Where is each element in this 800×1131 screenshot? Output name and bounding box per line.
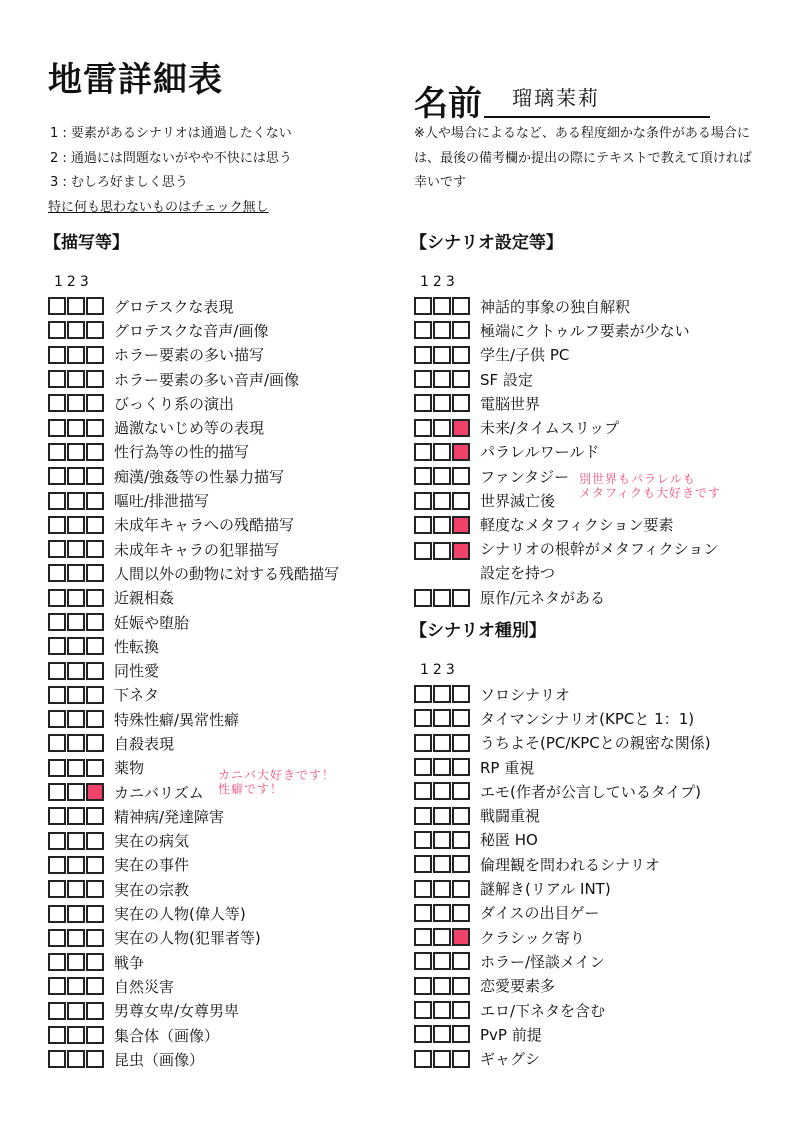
checkbox-level-3[interactable] [452, 928, 470, 946]
checklist-row: 軽度なメタフィクション要素 [414, 513, 764, 537]
checklist-row: 未成年キャラの犯罪描写 [48, 537, 388, 561]
checklist-row: 秘匿 HO [414, 828, 764, 852]
item-label: パラレルワールド [480, 441, 599, 462]
item-label: 痴漢/強姦等の性暴力描写 [114, 466, 284, 487]
checkbox-level-1[interactable] [48, 832, 66, 850]
checkbox-level-3[interactable] [452, 904, 470, 922]
checkbox-level-2[interactable] [67, 419, 85, 437]
checkbox-level-3[interactable] [86, 662, 104, 680]
checkbox-level-3[interactable] [86, 929, 104, 947]
checkbox-level-1[interactable] [414, 542, 432, 560]
checkbox-level-1[interactable] [414, 709, 432, 727]
checkbox-level-3[interactable] [452, 346, 470, 364]
checklist-row: 痴漢/強姦等の性暴力描写 [48, 464, 388, 488]
checkbox-group [414, 880, 480, 898]
checkbox-level-1[interactable] [414, 516, 432, 534]
checklist-row: グロテスクな音声/画像 [48, 318, 388, 342]
checkbox-level-2[interactable] [433, 542, 451, 560]
checkbox-level-1[interactable] [48, 419, 66, 437]
checkbox-level-2[interactable] [433, 516, 451, 534]
checklist-row: 実在の人物(犯罪者等) [48, 926, 388, 950]
checkbox-group [48, 419, 114, 437]
checkbox-level-2[interactable] [67, 734, 85, 752]
checklist-row: 集合体（画像） [48, 1023, 388, 1047]
checkbox-level-1[interactable] [48, 297, 66, 315]
checkbox-level-1[interactable] [414, 589, 432, 607]
checklist-row: 電脳世界 [414, 391, 764, 415]
checkbox-group [414, 321, 480, 339]
checkbox-level-3[interactable] [86, 540, 104, 558]
checkbox-level-3[interactable] [86, 419, 104, 437]
checkbox-level-2[interactable] [67, 1050, 85, 1068]
checkbox-level-3[interactable] [86, 467, 104, 485]
section-title: 【シナリオ設定等】 [410, 228, 764, 258]
checkbox-group [48, 492, 114, 510]
checkbox-level-2[interactable] [433, 467, 451, 485]
item-label: 未来/タイムスリップ [480, 417, 619, 438]
checklist-row: PvP 前提 [414, 1022, 764, 1046]
checkbox-level-3[interactable] [86, 297, 104, 315]
checkbox-level-1[interactable] [48, 540, 66, 558]
item-label: 戦闘重視 [480, 805, 540, 826]
item-label: クラシック寄り [480, 927, 585, 948]
checkbox-level-2[interactable] [433, 370, 451, 388]
checkbox-level-3[interactable] [452, 321, 470, 339]
checkbox-level-1[interactable] [48, 977, 66, 995]
checkbox-level-3[interactable] [86, 321, 104, 339]
checklist-row: 性転換 [48, 634, 388, 658]
checkbox-level-2[interactable] [67, 905, 85, 923]
checkbox-level-1[interactable] [414, 394, 432, 412]
item-label: 薬物 [114, 757, 144, 778]
checkbox-level-2[interactable] [67, 443, 85, 461]
checkbox-level-3[interactable] [452, 855, 470, 873]
checkbox-group [414, 952, 480, 970]
checkbox-level-2[interactable] [433, 880, 451, 898]
checkbox-level-3[interactable] [86, 613, 104, 631]
item-label: 同性愛 [114, 660, 159, 681]
checkbox-level-3[interactable] [86, 686, 104, 704]
checklist-row: エロ/下ネタを含む [414, 998, 764, 1022]
checkbox-level-2[interactable] [433, 419, 451, 437]
checkbox-level-3[interactable] [86, 589, 104, 607]
checkbox-level-2[interactable] [433, 782, 451, 800]
checkbox-level-3[interactable] [86, 953, 104, 971]
item-label: 謎解き(リアル INT) [480, 878, 611, 899]
item-label: 男尊女卑/女尊男卑 [114, 1000, 239, 1021]
checkbox-group [48, 589, 114, 607]
item-label: 電脳世界 [480, 393, 540, 414]
checkbox-level-3[interactable] [452, 370, 470, 388]
checkbox-level-1[interactable] [414, 419, 432, 437]
name-underline [484, 116, 710, 118]
checklist-row: びっくり系の演出 [48, 391, 388, 415]
checkbox-level-3[interactable] [452, 807, 470, 825]
checkbox-level-3[interactable] [86, 564, 104, 582]
checkbox-level-1[interactable] [48, 807, 66, 825]
checkbox-level-3[interactable] [452, 880, 470, 898]
checkbox-group [414, 419, 480, 437]
item-label: ファンタジー [480, 466, 569, 487]
checkbox-level-1[interactable] [414, 734, 432, 752]
checkbox-level-1[interactable] [48, 564, 66, 582]
name-label: 名前 [414, 76, 482, 125]
checkbox-group [48, 759, 114, 777]
checkbox-level-2[interactable] [67, 929, 85, 947]
checkbox-level-2[interactable] [433, 297, 451, 315]
checkbox-level-2[interactable] [433, 904, 451, 922]
checklist-row: 実在の人物(偉人等) [48, 901, 388, 925]
item-label: 特殊性癖/異常性癖 [114, 709, 239, 730]
checklist-row: 昆虫（画像） [48, 1047, 388, 1071]
checkbox-level-1[interactable] [414, 492, 432, 510]
checkbox-level-3[interactable] [452, 977, 470, 995]
checkbox-level-2[interactable] [67, 807, 85, 825]
item-list: グロテスクな表現グロテスクな音声/画像ホラー要素の多い描写ホラー要素の多い音声/… [48, 294, 388, 1072]
checklist-row: 性行為等の性的描写 [48, 440, 388, 464]
checkbox-level-2[interactable] [433, 855, 451, 873]
item-label: 実在の事件 [114, 854, 189, 875]
checkbox-level-1[interactable] [48, 346, 66, 364]
checkbox-level-1[interactable] [414, 758, 432, 776]
checkbox-level-3[interactable] [452, 709, 470, 727]
checkbox-level-3[interactable] [86, 783, 104, 801]
checkbox-level-3[interactable] [452, 1001, 470, 1019]
column-header: 123 [414, 658, 764, 682]
checkbox-level-3[interactable] [86, 832, 104, 850]
checkbox-level-1[interactable] [414, 904, 432, 922]
checkbox-level-1[interactable] [48, 370, 66, 388]
checkbox-level-1[interactable] [48, 953, 66, 971]
checkbox-level-3[interactable] [86, 492, 104, 510]
checkbox-level-3[interactable] [452, 782, 470, 800]
checklist-row: 自殺表現 [48, 731, 388, 755]
checkbox-level-2[interactable] [433, 709, 451, 727]
checkbox-level-3[interactable] [452, 1025, 470, 1043]
checkbox-level-2[interactable] [433, 443, 451, 461]
item-label: カニバリズム [114, 782, 204, 803]
checkbox-level-3[interactable] [86, 734, 104, 752]
checkbox-group [48, 564, 114, 582]
checkbox-level-3[interactable] [86, 977, 104, 995]
checkbox-level-1[interactable] [48, 710, 66, 728]
legend-line-3: 3 : むしろ好ましく思う [48, 171, 292, 196]
item-label: 精神病/発達障害 [114, 806, 224, 827]
checkbox-group [48, 370, 114, 388]
checkbox-level-3[interactable] [86, 807, 104, 825]
checkbox-level-1[interactable] [414, 880, 432, 898]
checklist-row: 未来/タイムスリップ [414, 415, 764, 439]
checkbox-level-1[interactable] [48, 686, 66, 704]
checkbox-group [414, 758, 480, 776]
checkbox-level-1[interactable] [414, 467, 432, 485]
checkbox-level-2[interactable] [67, 662, 85, 680]
checkbox-level-3[interactable] [452, 831, 470, 849]
checkbox-level-1[interactable] [48, 321, 66, 339]
checkbox-level-2[interactable] [433, 977, 451, 995]
checkbox-level-2[interactable] [67, 370, 85, 388]
checkbox-level-2[interactable] [67, 467, 85, 485]
checkbox-group [48, 321, 114, 339]
checkbox-level-1[interactable] [414, 443, 432, 461]
checkbox-level-1[interactable] [48, 492, 66, 510]
checkbox-group [48, 929, 114, 947]
checkbox-level-3[interactable] [86, 346, 104, 364]
checkbox-level-2[interactable] [433, 589, 451, 607]
item-label: 世界滅亡後 [480, 490, 555, 511]
checklist-row: 実在の事件 [48, 853, 388, 877]
checkbox-level-2[interactable] [433, 807, 451, 825]
checkbox-level-1[interactable] [414, 1001, 432, 1019]
checkbox-level-2[interactable] [433, 1050, 451, 1068]
item-label: ギャグシ [480, 1048, 540, 1069]
item-list: 神話的事象の独自解釈極端にクトゥルフ要素が少ない学生/子供 PCSF 設定電脳世… [414, 294, 764, 610]
checkbox-level-3[interactable] [86, 1002, 104, 1020]
annotation-cannibalism: カニバ大好きです！ 性癖です！ [218, 768, 335, 796]
checkbox-level-1[interactable] [48, 1050, 66, 1068]
checkbox-level-1[interactable] [48, 589, 66, 607]
item-label: 戦争 [114, 952, 144, 973]
checkbox-level-2[interactable] [67, 953, 85, 971]
checklist-row: 実在の宗教 [48, 877, 388, 901]
checkbox-level-2[interactable] [433, 394, 451, 412]
item-label: 原作/元ネタがある [480, 587, 605, 608]
checkbox-level-3[interactable] [452, 734, 470, 752]
checkbox-level-2[interactable] [433, 346, 451, 364]
checkbox-level-1[interactable] [414, 321, 432, 339]
checkbox-group [414, 589, 480, 607]
item-label: 恋愛要素多 [480, 975, 555, 996]
checklist-row: ギャグシ [414, 1046, 764, 1070]
item-label: 倫理観を問われるシナリオ [480, 854, 660, 875]
checkbox-level-2[interactable] [433, 831, 451, 849]
checkbox-level-1[interactable] [414, 297, 432, 315]
checkbox-level-1[interactable] [48, 613, 66, 631]
checkbox-level-2[interactable] [433, 734, 451, 752]
checklist-row: 近親相姦 [48, 586, 388, 610]
checkbox-level-1[interactable] [48, 1002, 66, 1020]
checkbox-group [48, 856, 114, 874]
checkbox-level-1[interactable] [48, 637, 66, 655]
checkbox-level-3[interactable] [86, 905, 104, 923]
checkbox-level-1[interactable] [48, 759, 66, 777]
checkbox-level-2[interactable] [67, 1002, 85, 1020]
checkbox-level-2[interactable] [67, 613, 85, 631]
checkbox-level-1[interactable] [48, 467, 66, 485]
item-label: 性転換 [114, 636, 159, 657]
checkbox-group [48, 880, 114, 898]
checkbox-level-2[interactable] [67, 589, 85, 607]
checkbox-level-3[interactable] [452, 443, 470, 461]
checkbox-level-2[interactable] [433, 1025, 451, 1043]
checkbox-level-1[interactable] [48, 394, 66, 412]
checkbox-level-3[interactable] [86, 637, 104, 655]
checkbox-level-2[interactable] [67, 540, 85, 558]
checkbox-level-2[interactable] [433, 685, 451, 703]
checkbox-level-2[interactable] [67, 321, 85, 339]
checkbox-level-3[interactable] [452, 516, 470, 534]
checkbox-level-1[interactable] [48, 905, 66, 923]
checkbox-level-3[interactable] [452, 467, 470, 485]
name-field: 名前 瑠璃茉莉 [414, 72, 714, 122]
checkbox-level-1[interactable] [414, 1025, 432, 1043]
checkbox-level-1[interactable] [414, 370, 432, 388]
checkbox-level-1[interactable] [48, 929, 66, 947]
checkbox-group [48, 540, 114, 558]
checkbox-group [48, 807, 114, 825]
checkbox-level-2[interactable] [67, 759, 85, 777]
checkbox-group [414, 542, 480, 560]
checkbox-group [414, 516, 480, 534]
checkbox-level-3[interactable] [86, 443, 104, 461]
checkbox-level-2[interactable] [67, 977, 85, 995]
checkbox-group [414, 928, 480, 946]
checklist-row: 極端にクトゥルフ要素が少ない [414, 318, 764, 342]
checkbox-level-2[interactable] [67, 832, 85, 850]
checkbox-level-3[interactable] [86, 516, 104, 534]
checkbox-level-2[interactable] [67, 1026, 85, 1044]
section-depiction: 【描写等】 123 グロテスクな表現グロテスクな音声/画像ホラー要素の多い描写ホ… [48, 228, 388, 1072]
checkbox-level-1[interactable] [414, 346, 432, 364]
checkbox-group [414, 297, 480, 315]
checkbox-level-3[interactable] [86, 759, 104, 777]
item-label: 極端にクトゥルフ要素が少ない [480, 320, 690, 341]
checkbox-level-1[interactable] [414, 928, 432, 946]
annotation-line: カニバ大好きです！ [218, 768, 335, 782]
checklist-row: ダイスの出目ゲー [414, 901, 764, 925]
checkbox-level-2[interactable] [67, 564, 85, 582]
checkbox-level-3[interactable] [86, 880, 104, 898]
item-label: 自然災害 [114, 976, 174, 997]
checkbox-level-1[interactable] [48, 1026, 66, 1044]
checklist-row: パラレルワールド [414, 440, 764, 464]
item-label: 実在の人物(偉人等) [114, 903, 246, 924]
checkbox-level-2[interactable] [67, 637, 85, 655]
checkbox-level-2[interactable] [67, 880, 85, 898]
checkbox-level-2[interactable] [67, 297, 85, 315]
checklist-row: ホラー要素の多い描写 [48, 343, 388, 367]
checkbox-level-2[interactable] [67, 346, 85, 364]
column-header: 123 [48, 270, 388, 294]
name-value[interactable]: 瑠璃茉莉 [512, 82, 600, 111]
checklist-row: 精神病/発達障害 [48, 804, 388, 828]
checkbox-level-2[interactable] [67, 394, 85, 412]
checkbox-level-1[interactable] [48, 662, 66, 680]
annotation-line: メタフィクも大好きです [579, 486, 721, 500]
checkbox-level-3[interactable] [86, 856, 104, 874]
checkbox-level-2[interactable] [433, 1001, 451, 1019]
item-label: 妊娠や堕胎 [114, 612, 189, 633]
item-label: エモ(作者が公言しているタイプ) [480, 781, 701, 802]
checkbox-level-3[interactable] [452, 492, 470, 510]
checkbox-level-1[interactable] [48, 783, 66, 801]
checkbox-level-3[interactable] [86, 1026, 104, 1044]
checkbox-level-2[interactable] [67, 856, 85, 874]
checklist-row: RP 重視 [414, 755, 764, 779]
checklist-row: 恋愛要素多 [414, 974, 764, 998]
checkbox-level-1[interactable] [48, 856, 66, 874]
checkbox-level-1[interactable] [414, 685, 432, 703]
checkbox-level-3[interactable] [452, 297, 470, 315]
checklist-row: 原作/元ネタがある [414, 586, 764, 610]
checklist-row: グロテスクな表現 [48, 294, 388, 318]
checkbox-group [48, 443, 114, 461]
checkbox-level-3[interactable] [452, 589, 470, 607]
checkbox-level-1[interactable] [48, 734, 66, 752]
checkbox-level-2[interactable] [67, 492, 85, 510]
item-label: 秘匿 HO [480, 829, 538, 850]
checkbox-level-3[interactable] [452, 542, 470, 560]
checkbox-level-1[interactable] [414, 831, 432, 849]
checkbox-level-1[interactable] [48, 880, 66, 898]
checkbox-level-3[interactable] [452, 419, 470, 437]
checklist-row: 学生/子供 PC [414, 343, 764, 367]
checklist-row: 倫理観を問われるシナリオ [414, 852, 764, 876]
checkbox-level-1[interactable] [414, 855, 432, 873]
item-label: RP 重視 [480, 757, 534, 778]
checkbox-level-3[interactable] [86, 1050, 104, 1068]
checkbox-level-1[interactable] [414, 952, 432, 970]
checkbox-level-3[interactable] [86, 710, 104, 728]
checkbox-level-1[interactable] [414, 977, 432, 995]
checkbox-group [414, 831, 480, 849]
checkbox-group [48, 662, 114, 680]
checkbox-level-3[interactable] [452, 685, 470, 703]
checkbox-level-2[interactable] [433, 758, 451, 776]
item-label: タイマンシナリオ(KPCと 1：1) [480, 708, 694, 729]
checkbox-level-3[interactable] [86, 394, 104, 412]
checkbox-group [48, 637, 114, 655]
checkbox-level-3[interactable] [452, 952, 470, 970]
annotation-line: 性癖です！ [218, 782, 335, 796]
checklist-row: うちよそ(PC/KPCとの親密な関係) [414, 731, 764, 755]
checkbox-level-1[interactable] [48, 516, 66, 534]
checkbox-group [48, 953, 114, 971]
checkbox-level-3[interactable] [86, 370, 104, 388]
item-label: ホラー要素の多い描写 [114, 344, 264, 365]
checkbox-level-1[interactable] [48, 443, 66, 461]
section-title: 【描写等】 [44, 228, 388, 258]
checklist-row: 同性愛 [48, 658, 388, 682]
item-label: 未成年キャラの犯罪描写 [114, 539, 279, 560]
checkbox-level-2[interactable] [433, 321, 451, 339]
item-label: 実在の人物(犯罪者等) [114, 927, 261, 948]
checkbox-level-2[interactable] [67, 686, 85, 704]
checkbox-level-1[interactable] [414, 807, 432, 825]
checkbox-level-2[interactable] [433, 952, 451, 970]
checkbox-level-2[interactable] [433, 928, 451, 946]
section-title: 【シナリオ種別】 [410, 616, 764, 646]
item-label: ホラー/怪談メイン [480, 951, 605, 972]
checkbox-group [414, 1001, 480, 1019]
page-title: 地雷詳細表 [48, 52, 223, 101]
checkbox-level-2[interactable] [67, 783, 85, 801]
checklist-row: SF 設定 [414, 367, 764, 391]
checklist-row: エモ(作者が公言しているタイプ) [414, 779, 764, 803]
item-label: 過激ないじめ等の表現 [114, 417, 264, 438]
checklist-row: 下ネタ [48, 683, 388, 707]
checkbox-level-2[interactable] [67, 710, 85, 728]
checkbox-level-3[interactable] [452, 758, 470, 776]
checkbox-level-2[interactable] [433, 492, 451, 510]
checkbox-level-3[interactable] [452, 394, 470, 412]
legend: 1 : 要素があるシナリオは通過したくない 2 : 通過には問題ないがやや不快に… [48, 122, 292, 220]
checkbox-level-2[interactable] [67, 516, 85, 534]
checkbox-level-1[interactable] [414, 1050, 432, 1068]
checkbox-level-1[interactable] [414, 782, 432, 800]
checkbox-level-3[interactable] [452, 1050, 470, 1068]
checklist-row: タイマンシナリオ(KPCと 1：1) [414, 706, 764, 730]
